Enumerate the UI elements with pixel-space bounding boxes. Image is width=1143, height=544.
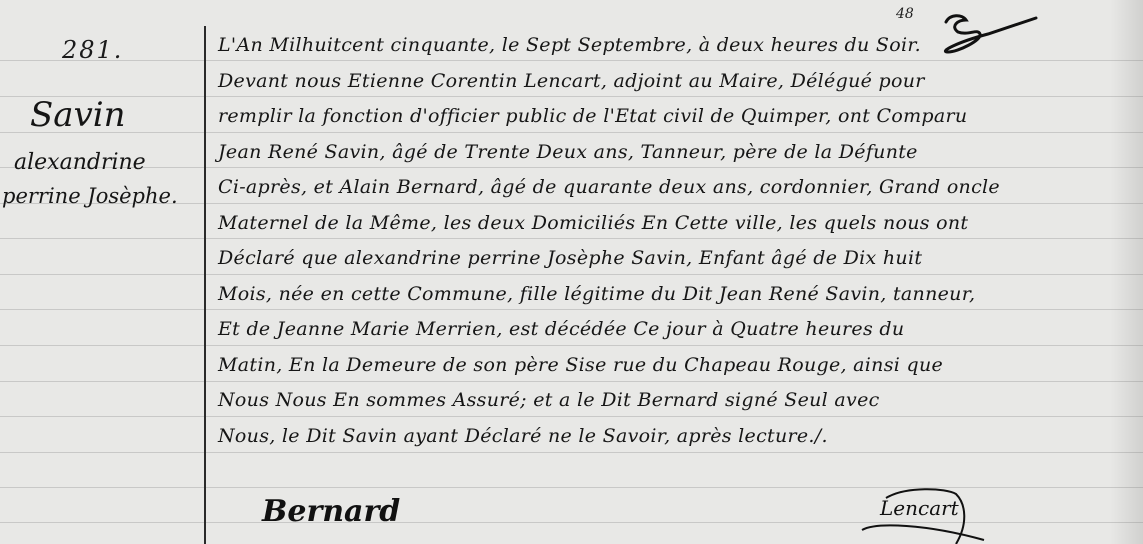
body-line: Maternel de la Même, les deux Domiciliés… [218,206,1118,242]
body-line: remplir la fonction d'officier public de… [218,99,1118,135]
margin-given-names-line2: perrine Josèphe. [2,184,178,208]
register-page: 281. Savin alexandrine perrine Josèphe. … [0,0,1143,544]
body-line: Et de Jeanne Marie Merrien, est décédée … [218,312,1118,348]
body-line: Mois, née en cette Commune, fille légiti… [218,277,1118,313]
entry-number: 281. [62,36,123,64]
body-line: Ci-après, et Alain Bernard, âgé de quara… [218,170,1118,206]
margin-column: 281. Savin alexandrine perrine Josèphe. [0,0,204,544]
margin-given-names-line1: alexandrine [14,150,146,175]
entry-body: L'An Milhuitcent cinquante, le Sept Sept… [218,28,1118,454]
margin-divider [204,26,206,544]
body-line: Nous, le Dit Savin ayant Déclaré ne le S… [218,419,1118,455]
folio-number: 48 [896,6,914,22]
body-line: Jean René Savin, âgé de Trente Deux ans,… [218,135,1118,171]
body-line: Déclaré que alexandrine perrine Josèphe … [218,241,1118,277]
body-line: Nous Nous En sommes Assuré; et a le Dit … [218,383,1118,419]
body-line: Devant nous Etienne Corentin Lencart, ad… [218,64,1118,100]
signature-lencart: Lencart [880,496,959,520]
body-line: Matin, En la Demeure de son père Sise ru… [218,348,1118,384]
margin-surname: Savin [30,95,126,135]
signature-bernard: Bernard [262,494,400,529]
body-line: L'An Milhuitcent cinquante, le Sept Sept… [218,28,1118,64]
